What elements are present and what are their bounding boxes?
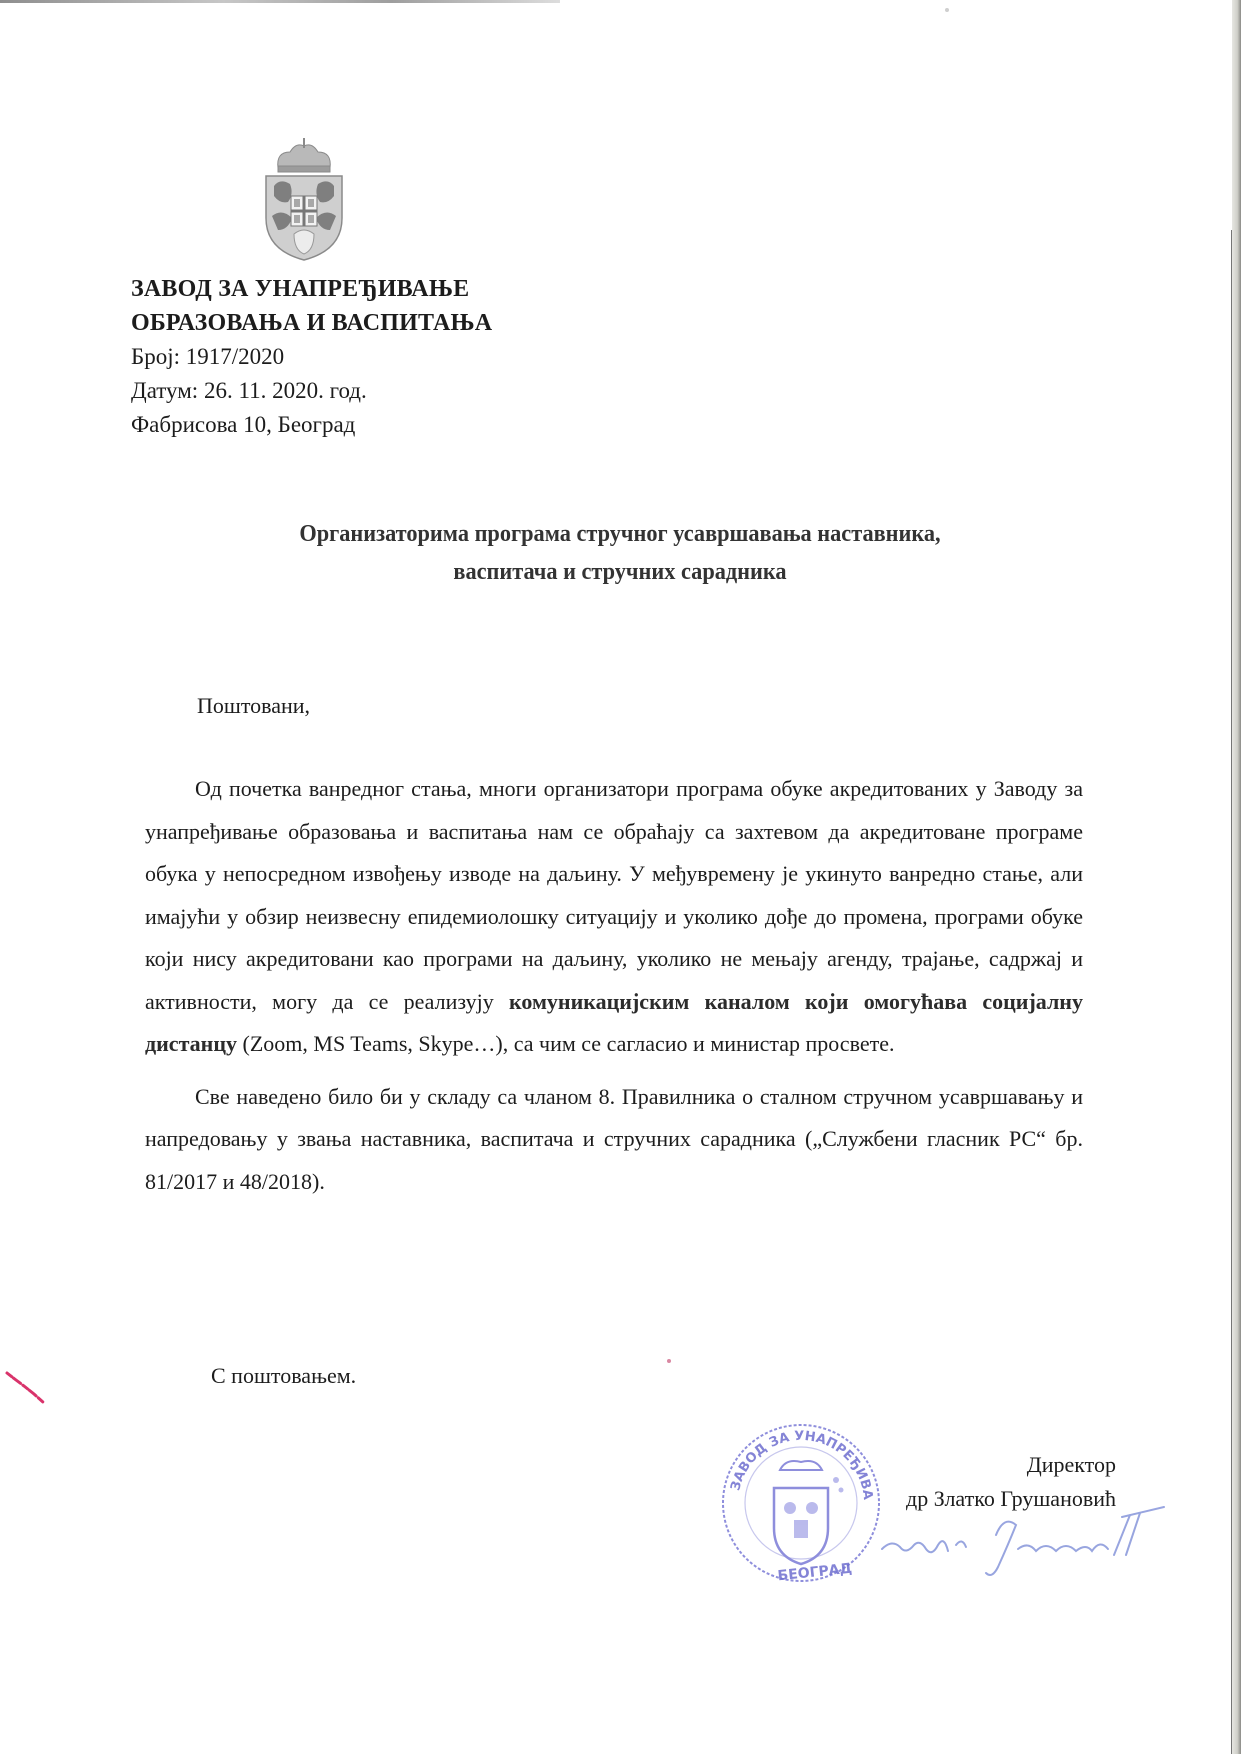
document-date: Датум: 26. 11. 2020. год.	[131, 374, 492, 408]
recipient-heading: Организаторима програма стручног усаврша…	[183, 515, 1057, 591]
scan-edge-top	[0, 0, 560, 3]
signatory-title: Директор	[906, 1448, 1116, 1482]
scan-edge-line	[1231, 230, 1232, 1754]
paragraph-1-text: Од почетка ванредног стања, многи органи…	[145, 776, 1083, 1014]
seal-city: БЕОГРАД	[777, 1561, 853, 1585]
handwritten-signature-icon	[878, 1505, 1168, 1585]
letter-body: Од почетка ванредног стања, многи органи…	[145, 768, 1083, 1203]
salutation: Поштовани,	[197, 693, 310, 719]
closing: С поштовањем.	[211, 1363, 356, 1389]
document-number: Број: 1917/2020	[131, 340, 492, 374]
ink-mark-icon	[4, 1370, 48, 1406]
official-seal-icon: ЗАВОД ЗА УНАПРЕЂИВАЊЕ ОБРАЗОВАЊА И ВАСПИ…	[716, 1418, 886, 1588]
letterhead: ЗАВОД ЗА УНАПРЕЂИВАЊЕ ОБРАЗОВАЊА И ВАСПИ…	[131, 272, 492, 442]
scan-edge-right	[1232, 0, 1241, 1754]
paragraph-1-text-end: (Zoom, MS Teams, Skype…), са чим се сагл…	[237, 1031, 894, 1056]
institution-name-line2: ОБРАЗОВАЊА И ВАСПИТАЊА	[131, 306, 492, 340]
institution-name-line1: ЗАВОД ЗА УНАПРЕЂИВАЊЕ	[131, 272, 492, 306]
institution-address: Фабрисова 10, Београд	[131, 408, 492, 442]
recipient-line1: Организаторима програма стручног усаврша…	[183, 515, 1057, 553]
ink-speck	[945, 8, 949, 12]
recipient-line2: васпитача и стручних сарадника	[183, 553, 1057, 591]
body-paragraph-2: Све наведено било би у складу са чланом …	[145, 1076, 1083, 1204]
serbia-coat-of-arms-icon	[258, 138, 350, 263]
body-paragraph-1: Од почетка ванредног стања, многи органи…	[145, 768, 1083, 1066]
ink-speck	[667, 1359, 671, 1363]
